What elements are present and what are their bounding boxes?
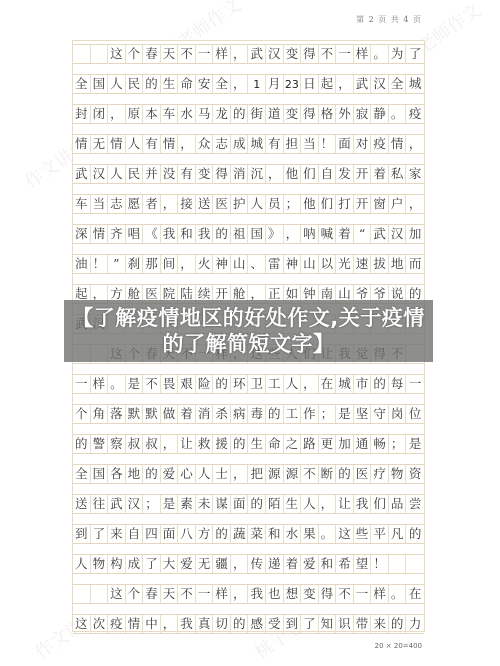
grid-cell: 发: [336, 165, 354, 183]
grid-cell: ！: [371, 555, 389, 573]
grid-cell: 那: [143, 255, 161, 273]
grid-cell: 感: [248, 615, 266, 633]
grid-cell: 汉: [371, 75, 389, 93]
grid-cell: 全: [389, 75, 407, 93]
grid-cell: 的: [231, 435, 249, 453]
grid-cell: 是: [336, 405, 354, 423]
grid-cell: 天: [161, 45, 179, 63]
grid-cell: 援: [213, 435, 231, 453]
grid-cell: 有: [143, 135, 161, 153]
grid-cell: 的: [406, 525, 424, 543]
grid-cell: 的: [266, 405, 284, 423]
grid-cell: ，: [231, 585, 249, 603]
grid-cell: 我: [196, 225, 214, 243]
grid-cell: 四: [143, 525, 161, 543]
grid-cell: 23: [284, 75, 302, 93]
grid-cell: 水: [284, 525, 302, 543]
grid-cell: 工: [284, 405, 302, 423]
grid-cell: 传: [248, 555, 266, 573]
grid-cell: 武: [73, 165, 91, 183]
grid-cell: 警: [91, 435, 109, 453]
grid-cell: 们: [319, 195, 337, 213]
grid-cell: 消: [196, 405, 214, 423]
grid-cell: 叔: [143, 435, 161, 453]
grid-cell: ；: [319, 405, 337, 423]
grid-cell: 是: [406, 435, 424, 453]
grid-cell: ，: [161, 195, 179, 213]
grid-cell: 成: [231, 135, 249, 153]
grid-cell: 拔: [371, 255, 389, 273]
grid-cell: 到: [284, 615, 302, 633]
grid-cell: ，: [161, 615, 179, 633]
grid-cell: 封: [73, 105, 91, 123]
grid-cell: 通: [354, 435, 372, 453]
grid-cell: 源: [266, 465, 284, 483]
grid-cell: 卫: [248, 375, 266, 393]
grid-cell: 望: [354, 555, 372, 573]
grid-cell: 陌: [266, 495, 284, 513]
grid-cell: 寂: [354, 105, 372, 123]
grid-cell: ，: [319, 495, 337, 513]
grid-cell: 了: [406, 45, 424, 63]
grid-cell: ，: [231, 45, 249, 63]
grid-cell: ，: [231, 465, 249, 483]
grid-cell: 自: [319, 165, 337, 183]
grid-cell: 情: [91, 225, 109, 243]
grid-cell: 杀: [213, 405, 231, 423]
grid-cell: 龙: [213, 105, 231, 123]
grid-cell: 的: [213, 525, 231, 543]
grid-cell: 不: [143, 375, 161, 393]
grid-cell: 医: [213, 195, 231, 213]
grid-cell: 希: [336, 555, 354, 573]
grid-cell: 。: [389, 105, 407, 123]
grid-cell: 爱: [161, 465, 179, 483]
grid-cell: 水: [178, 105, 196, 123]
grid-cell: 国: [91, 75, 109, 93]
grid-cell: 个: [73, 405, 91, 423]
grid-cell: 的: [231, 105, 249, 123]
grid-row: 送往武汉；是素未谋面的陌生人，让我们品尝: [73, 494, 424, 514]
grid-cell: 守: [371, 405, 389, 423]
grid-cell: 未: [196, 495, 214, 513]
grid-cell: ！: [319, 135, 337, 153]
grid-cell: 人: [108, 165, 126, 183]
grid-cell: 春: [143, 45, 161, 63]
grid-cell: 接: [178, 195, 196, 213]
grid-cell: 担: [284, 135, 302, 153]
grid-cell: 户: [389, 195, 407, 213]
grid-cell: 油: [73, 255, 91, 273]
grid-cell: 爱: [178, 555, 196, 573]
grid-cell: 一: [406, 375, 424, 393]
grid-cell: 成: [126, 555, 144, 573]
grid-cell: 汉: [91, 165, 109, 183]
grid-cell: 有: [178, 165, 196, 183]
grid-cell: 爱: [301, 555, 319, 573]
grid-cell: 的: [389, 615, 407, 633]
grid-row: 这个春天不一样，我也想变得不一样。在: [73, 584, 424, 604]
grid-cell: 日: [301, 75, 319, 93]
grid-cell: 我: [354, 495, 372, 513]
grid-cell: 变: [284, 105, 302, 123]
grid-row: 武汉人民并没有变得消沉，他们自发开着私家: [73, 164, 424, 184]
grid-cell: 山: [231, 255, 249, 273]
grid-cell: 天: [161, 585, 179, 603]
grid-cell: 次: [91, 615, 109, 633]
grid-cell: 城: [406, 75, 424, 93]
grid-cell: 样: [213, 45, 231, 63]
grid-cell: 国: [248, 225, 266, 243]
grid-cell: 街: [248, 105, 266, 123]
grid-cell: 险: [196, 375, 214, 393]
grid-row: 深情齐唱《我和我的祖国》，呐喊着“武汉加: [73, 224, 424, 244]
grid-cell: ！: [91, 255, 109, 273]
grid-cell: 作: [301, 405, 319, 423]
grid-cell: 全: [213, 75, 231, 93]
grid-cell: 生: [248, 435, 266, 453]
grid-cell: 各: [108, 465, 126, 483]
grid-cell: 的: [213, 225, 231, 243]
grid-cell: 想: [284, 585, 302, 603]
grid-cell: 源: [284, 465, 302, 483]
grid-cell: 的: [143, 465, 161, 483]
grid-cell: 得: [213, 165, 231, 183]
grid-cell: [91, 45, 109, 63]
grid-cell: 得: [301, 105, 319, 123]
grid-cell: 马: [196, 105, 214, 123]
grid-cell: 变: [196, 165, 214, 183]
grid-cell: 把: [248, 465, 266, 483]
grid-cell: 生: [161, 75, 179, 93]
grid-cell: 格: [319, 105, 337, 123]
grid-cell: 疫: [406, 105, 424, 123]
grid-cell: 菜: [248, 525, 266, 543]
grid-cell: 光: [336, 255, 354, 273]
grid-cell: 病: [231, 405, 249, 423]
grid-cell: 员: [266, 195, 284, 213]
grid-cell: 毒: [248, 405, 266, 423]
grid-cell: ，: [178, 135, 196, 153]
grid-cell: 有: [266, 135, 284, 153]
grid-cell: 加: [406, 225, 424, 243]
grid-cell: 当: [91, 195, 109, 213]
grid-cell: 无: [91, 135, 109, 153]
grid-cell: 命: [266, 435, 284, 453]
grid-cell: ，: [266, 165, 284, 183]
grid-cell: 也: [266, 585, 284, 603]
grid-cell: 不: [178, 585, 196, 603]
grid-cell: ，: [336, 75, 354, 93]
grid-cell: 刹: [126, 255, 144, 273]
grid-cell: 山: [301, 255, 319, 273]
grid-cell: 了: [143, 555, 161, 573]
grid-cell: ，: [301, 375, 319, 393]
grid-cell: 的: [248, 495, 266, 513]
grid-cell: 和: [266, 525, 284, 543]
grid-cell: 做: [161, 405, 179, 423]
grid-row: 人物构成了大爱无疆，传递着爱和希望！: [73, 554, 424, 574]
grid-row: 封闭，原本车水马龙的街道变得格外寂静。疫: [73, 104, 424, 124]
grid-cell: 坚: [354, 405, 372, 423]
grid-cell: “: [354, 225, 372, 243]
grid-cell: ”: [108, 255, 126, 273]
grid-cell: 面: [231, 495, 249, 513]
grid-cell: 汉: [266, 45, 284, 63]
grid-cell: 人: [196, 465, 214, 483]
grid-cell: 之: [284, 435, 302, 453]
grid-cell: 月: [266, 75, 284, 93]
grid-cell: 每: [389, 375, 407, 393]
grid-cell: 闭: [91, 105, 109, 123]
grid-cell: 方: [196, 525, 214, 543]
grid-cell: 样: [91, 375, 109, 393]
grid-cell: [73, 585, 91, 603]
grid-cell: 武: [108, 495, 126, 513]
grid-cell: 当: [301, 135, 319, 153]
grid-cell: 落: [108, 405, 126, 423]
grid-cell: 到: [73, 525, 91, 543]
grid-cell: ；: [284, 195, 302, 213]
grid-cell: 这: [108, 45, 126, 63]
grid-cell: 变: [284, 45, 302, 63]
grid-cell: ，: [161, 435, 179, 453]
grid-cell: 疫: [371, 135, 389, 153]
grid-cell: 畅: [371, 435, 389, 453]
grid-cell: ；: [143, 495, 161, 513]
grid-cell: 察: [108, 435, 126, 453]
grid-cell: 面: [336, 135, 354, 153]
grid-cell: 武: [354, 75, 372, 93]
grid-cell: 情: [126, 615, 144, 633]
grid-cell: 着: [178, 405, 196, 423]
grid-cell: 工: [266, 375, 284, 393]
grid-cell: 。: [108, 375, 126, 393]
grid-cell: 深: [73, 225, 91, 243]
grid-cell: 火: [196, 255, 214, 273]
grid-cell: 志: [108, 195, 126, 213]
grid-cell: 默: [126, 405, 144, 423]
banner-title-line-1: 【了解疫情地区的好处作文,关于疫情: [72, 305, 424, 331]
grid-cell: 识: [336, 615, 354, 633]
grid-cell: 品: [389, 495, 407, 513]
grid-cell: 他: [284, 165, 302, 183]
grid-cell: 没: [161, 165, 179, 183]
grid-cell: 的: [336, 465, 354, 483]
grid-cell: 一: [336, 45, 354, 63]
grid-cell: 构: [108, 555, 126, 573]
grid-cell: 命: [178, 75, 196, 93]
grid-cell: 更: [319, 435, 337, 453]
grid-cell: 自: [126, 525, 144, 543]
grid-cell: 在: [319, 375, 337, 393]
grid-row: 油！”刹那间，火神山、雷神山以光速拔地而: [73, 254, 424, 274]
grid-cell: 我: [178, 615, 196, 633]
grid-cell: 武: [248, 45, 266, 63]
grid-row: 全国各地的爱心人士，把源源不断的医疗物资: [73, 464, 424, 484]
grid-cell: 而: [406, 255, 424, 273]
grid-cell: 位: [406, 405, 424, 423]
grid-cell: 速: [354, 255, 372, 273]
grid-cell: 士: [213, 465, 231, 483]
grid-cell: 。: [371, 45, 389, 63]
grid-cell: 路: [301, 435, 319, 453]
grid-cell: 这: [108, 585, 126, 603]
grid-cell: 和: [319, 555, 337, 573]
grid-row: 到了来自四面八方的蔬菜和水果。这些平凡的: [73, 524, 424, 544]
grid-cell: 起: [319, 75, 337, 93]
grid-cell: 呐: [301, 225, 319, 243]
grid-cell: 和: [178, 225, 196, 243]
grid-cell: ，: [231, 75, 249, 93]
grid-cell: 送: [196, 195, 214, 213]
grid-cell: 者: [143, 195, 161, 213]
grid-cell: 情: [108, 135, 126, 153]
grid-cell: 》: [266, 225, 284, 243]
grid-cell: ，: [178, 255, 196, 273]
grid-cell: 汉: [126, 495, 144, 513]
grid-cell: 环: [231, 375, 249, 393]
grid-cell: 样: [371, 585, 389, 603]
grid-cell: 加: [336, 435, 354, 453]
grid-cell: 岗: [389, 405, 407, 423]
grid-cell: 大: [161, 555, 179, 573]
grid-row: 一样。是不畏艰险的环卫工人，在城市的每一: [73, 374, 424, 394]
grid-cell: 安: [196, 75, 214, 93]
grid-cell: 救: [196, 435, 214, 453]
grid-cell: 一: [196, 45, 214, 63]
grid-cell: 面: [161, 525, 179, 543]
grid-cell: 平: [371, 525, 389, 543]
grid-cell: 叔: [126, 435, 144, 453]
grid-cell: 畏: [161, 375, 179, 393]
grid-row: 全国人民的生命安全，1月23日起，武汉全城: [73, 74, 424, 94]
grid-cell: 变: [301, 585, 319, 603]
grid-cell: 春: [143, 585, 161, 603]
grid-cell: 神: [284, 255, 302, 273]
grid-cell: ，: [406, 135, 424, 153]
grid-cell: 喊: [319, 225, 337, 243]
grid-cell: 真: [196, 615, 214, 633]
grid-cell: 疫: [108, 615, 126, 633]
grid-cell: 默: [143, 405, 161, 423]
grid-cell: 了: [301, 615, 319, 633]
grid-cell: [389, 555, 407, 573]
grid-row: 这个春天不一样，武汉变得不一样。为了: [73, 44, 424, 64]
grid-cell: 是: [126, 375, 144, 393]
grid-cell: 个: [126, 585, 144, 603]
grid-cell: 样: [213, 585, 231, 603]
grid-cell: 们: [371, 495, 389, 513]
grid-cell: 《: [143, 225, 161, 243]
grid-cell: 果: [301, 525, 319, 543]
grid-cell: 祖: [231, 225, 249, 243]
grid-cell: 人: [301, 495, 319, 513]
grid-count-label: 20 × 20=400: [375, 642, 422, 650]
grid-cell: 神: [213, 255, 231, 273]
grid-cell: 往: [91, 495, 109, 513]
grid-cell: ，: [406, 195, 424, 213]
grid-cell: 打: [336, 195, 354, 213]
grid-cell: 齐: [108, 225, 126, 243]
grid-row: 个角落默默做着消杀病毒的工作；是坚守岗位: [73, 404, 424, 424]
grid-cell: 人: [126, 135, 144, 153]
grid-cell: 人: [108, 75, 126, 93]
grid-cell: ；: [389, 435, 407, 453]
grid-cell: 的: [143, 75, 161, 93]
grid-cell: 以: [319, 255, 337, 273]
grid-cell: 全: [73, 465, 91, 483]
grid-cell: 着: [371, 165, 389, 183]
grid-cell: [91, 585, 109, 603]
grid-cell: 城: [248, 135, 266, 153]
grid-cell: 1: [248, 75, 266, 93]
title-overlay-banner: 【了解疫情地区的好处作文,关于疫情 的了解简短文字】: [64, 300, 433, 362]
grid-cell: 私: [389, 165, 407, 183]
grid-cell: 这: [336, 525, 354, 543]
grid-cell: 车: [161, 105, 179, 123]
grid-cell: 不: [178, 45, 196, 63]
grid-cell: 不: [336, 585, 354, 603]
grid-cell: 雷: [266, 255, 284, 273]
grid-cell: 为: [389, 45, 407, 63]
grid-cell: 八: [178, 525, 196, 543]
grid-cell: 这: [73, 615, 91, 633]
grid-cell: 蔬: [231, 525, 249, 543]
grid-cell: 着: [284, 555, 302, 573]
grid-cell: 唱: [126, 225, 144, 243]
grid-cell: 的: [213, 375, 231, 393]
grid-cell: 了: [91, 525, 109, 543]
grid-cell: 人: [73, 555, 91, 573]
grid-cell: 外: [336, 105, 354, 123]
grid-cell: 地: [389, 255, 407, 273]
grid-cell: [406, 555, 424, 573]
grid-cell: 地: [126, 465, 144, 483]
grid-cell: 城: [336, 375, 354, 393]
grid-cell: 消: [231, 165, 249, 183]
grid-cell: 全: [73, 75, 91, 93]
grid-cell: 人: [284, 375, 302, 393]
grid-cell: 间: [161, 255, 179, 273]
grid-cell: 得: [301, 45, 319, 63]
grid-cell: 窗: [371, 195, 389, 213]
grid-cell: 沉: [248, 165, 266, 183]
grid-cell: 一: [73, 375, 91, 393]
grid-cell: 市: [354, 375, 372, 393]
grid-cell: 是: [161, 495, 179, 513]
grid-cell: 谋: [213, 495, 231, 513]
grid-cell: 得: [319, 585, 337, 603]
grid-cell: 医: [354, 465, 372, 483]
grid-cell: 本: [143, 105, 161, 123]
grid-cell: 国: [91, 465, 109, 483]
grid-cell: 开: [354, 165, 372, 183]
page-indicator: 第 2 页 共 4 页: [356, 14, 422, 25]
grid-cell: 们: [301, 165, 319, 183]
grid-cell: 一: [354, 585, 372, 603]
grid-cell: [73, 45, 91, 63]
grid-cell: 。: [319, 525, 337, 543]
grid-cell: 他: [301, 195, 319, 213]
grid-cell: ，: [231, 555, 249, 573]
grid-cell: 让: [178, 435, 196, 453]
grid-cell: 切: [213, 615, 231, 633]
grid-cell: 力: [406, 615, 424, 633]
grid-cell: 资: [406, 465, 424, 483]
grid-cell: 家: [406, 165, 424, 183]
grid-cell: 道: [266, 105, 284, 123]
